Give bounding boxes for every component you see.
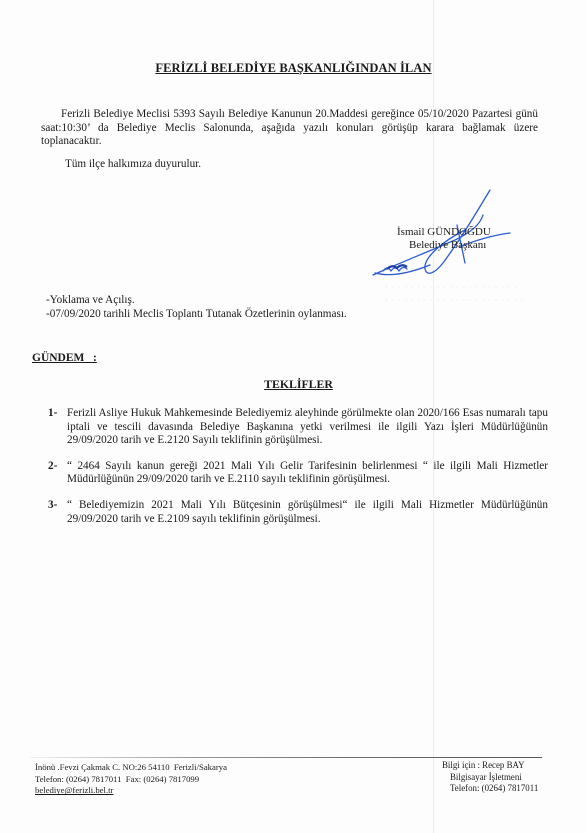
bleed-through-text: · · · · · · · · · · · · · · · · · · · · … bbox=[385, 282, 518, 292]
footer-email-link[interactable]: belediye@ferizli.bel.tr bbox=[35, 785, 227, 797]
opening-items: -Yoklama ve Açılış. -07/09/2020 tarihli … bbox=[46, 294, 347, 321]
document-title: FERİZLİ BELEDİYE BAŞKANLIĞINDAN İLAN bbox=[0, 61, 587, 76]
agenda-item: 1- Ferizli Asliye Hukuk Mahkemesinde Bel… bbox=[48, 407, 548, 448]
signatory-name: İsmail GÜNDOĞDU bbox=[397, 226, 491, 239]
agenda-heading: GÜNDEM : bbox=[32, 352, 97, 364]
footer-phone-fax: Telefon: (0264) 7817011 Fax: (0264) 7817… bbox=[35, 774, 227, 786]
agenda-item: 2- “ 2464 Sayılı kanun gereği 2021 Mali … bbox=[48, 460, 548, 487]
agenda-item-number: 3- bbox=[48, 499, 67, 526]
agenda-item-text: Ferizli Asliye Hukuk Mahkemesinde Beledi… bbox=[67, 407, 548, 448]
agenda-list: 1- Ferizli Asliye Hukuk Mahkemesinde Bel… bbox=[48, 407, 548, 538]
agenda-item-text: “ Belediyemizin 2021 Mali Yılı Bütçesini… bbox=[67, 499, 548, 526]
footer-contact-block: Bilgi için : Recep BAY Bilgisayar İşletm… bbox=[442, 760, 538, 795]
footer-contact-label: Bilgi için : Recep BAY bbox=[442, 760, 538, 772]
intro-section: Ferizli Belediye Meclisi 5393 Sayılı Bel… bbox=[41, 108, 538, 149]
intro-paragraph: Ferizli Belediye Meclisi 5393 Sayılı Bel… bbox=[41, 108, 538, 149]
agenda-item-text: “ 2464 Sayılı kanun gereği 2021 Mali Yıl… bbox=[67, 460, 548, 487]
signatory-role: Belediye Başkanı bbox=[397, 239, 491, 252]
footer-address-block: İnönü .Fevzi Çakmak C. NO:26 54110 Feriz… bbox=[35, 762, 227, 797]
agenda-item-number: 1- bbox=[48, 407, 67, 448]
opening-item: -07/09/2020 tarihli Meclis Toplantı Tuta… bbox=[46, 308, 347, 322]
proposals-heading: TEKLİFLER bbox=[0, 377, 587, 392]
footer-contact-phone: Telefon: (0264) 7817011 bbox=[442, 783, 538, 795]
announcement: Tüm ilçe halkımıza duyurulur. bbox=[65, 158, 201, 170]
agenda-item: 3- “ Belediyemizin 2021 Mali Yılı Bütçes… bbox=[48, 499, 548, 526]
signatory-block: İsmail GÜNDOĞDU Belediye Başkanı bbox=[397, 226, 491, 252]
opening-item: -Yoklama ve Açılış. bbox=[46, 294, 347, 308]
footer-address: İnönü .Fevzi Çakmak C. NO:26 54110 Feriz… bbox=[35, 762, 227, 774]
agenda-item-number: 2- bbox=[48, 460, 67, 487]
footer-contact-title: Bilgisayar İşletmeni bbox=[442, 772, 538, 784]
bleed-through-text: · · · · · · · · · · · · · · · · · · · · … bbox=[385, 295, 524, 305]
footer-divider bbox=[30, 757, 542, 758]
